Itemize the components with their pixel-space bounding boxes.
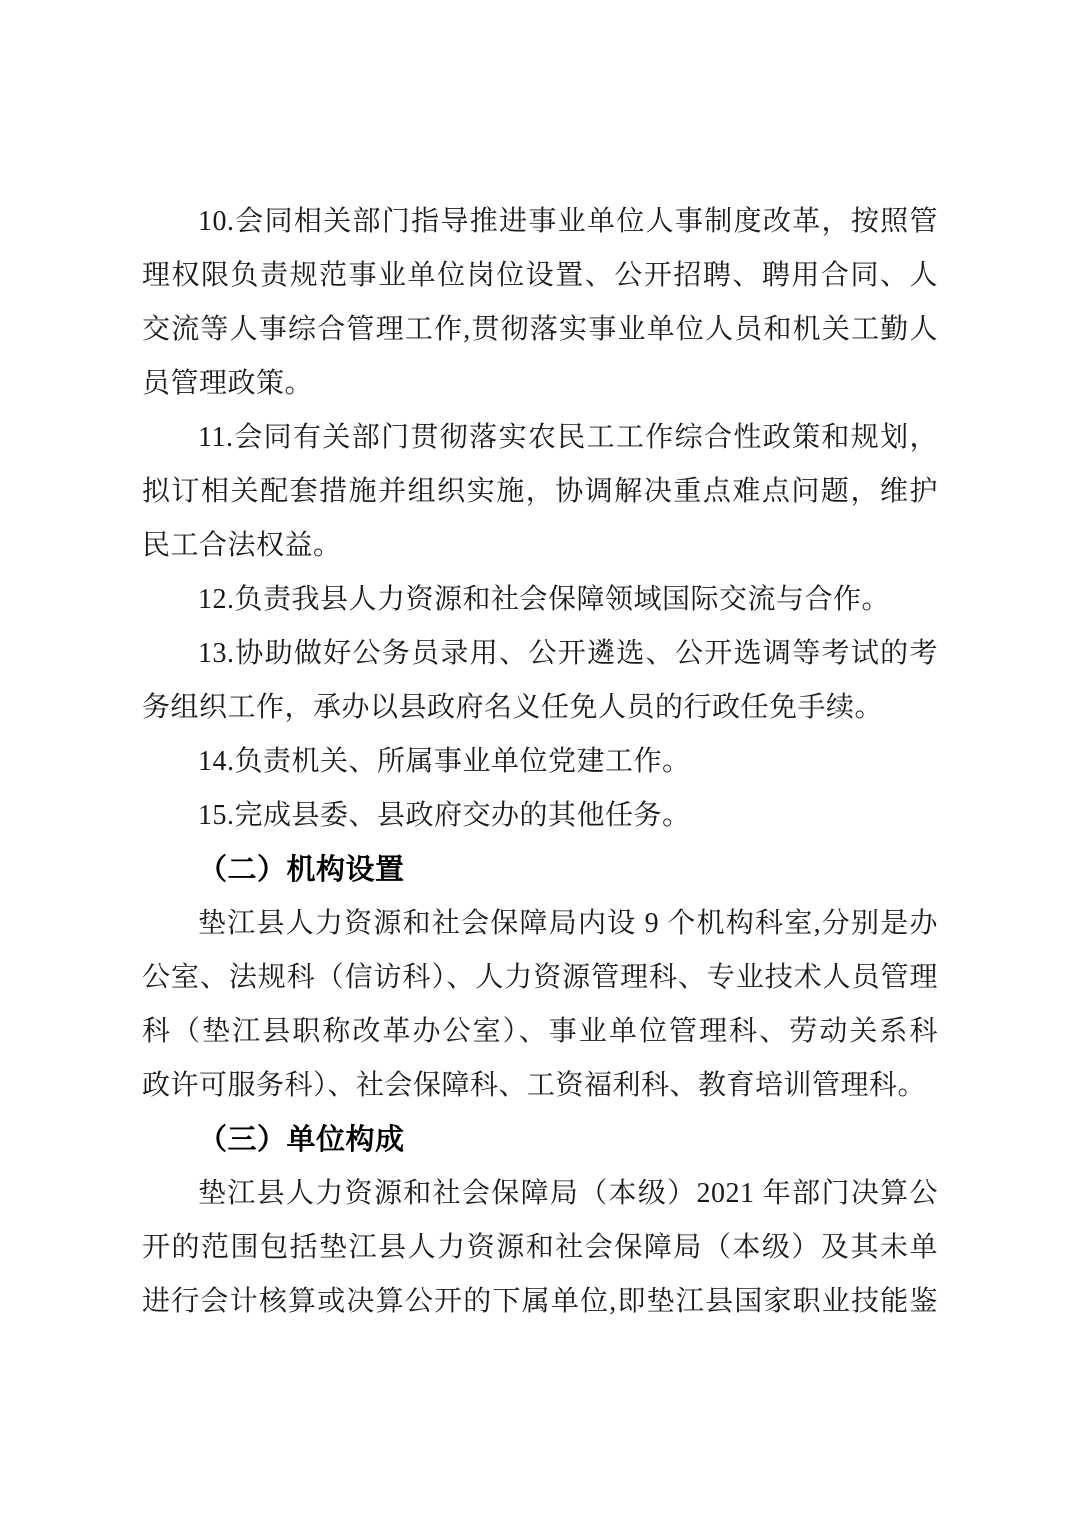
paragraph-duty-12: 12.负责我县人力资源和社会保障领域国际交流与合作。 — [142, 573, 938, 627]
text-line: 开的范围包括垫江县人力资源和社会保障局（本级）及其未单独 — [142, 1221, 938, 1275]
text-line: 进行会计核算或决算公开的下属单位,即垫江县国家职业技能鉴 — [142, 1275, 938, 1329]
text-line: 政许可服务科）、社会保障科、工资福利科、教育培训管理科。 — [142, 1059, 938, 1113]
paragraph-unit-composition: 垫江县人力资源和社会保障局（本级）2021 年部门决算公 开的范围包括垫江县人力… — [142, 1167, 938, 1329]
text-line: 垫江县人力资源和社会保障局内设 9 个机构科室,分别是办 — [142, 897, 938, 951]
text-line: 交流等人事综合管理工作,贯彻落实事业单位人员和机关工勤人 — [142, 303, 938, 357]
text-line: 13.协助做好公务员录用、公开遴选、公开选调等考试的考 — [142, 627, 938, 681]
paragraph-organization: 垫江县人力资源和社会保障局内设 9 个机构科室,分别是办 公室、法规科（信访科）… — [142, 897, 938, 1113]
paragraph-duty-13: 13.协助做好公务员录用、公开遴选、公开选调等考试的考 务组织工作，承办以县政府… — [142, 627, 938, 735]
text-line: 15.完成县委、县政府交办的其他任务。 — [142, 789, 938, 843]
document-body: 10.会同相关部门指导推进事业单位人事制度改革，按照管 理权限负责规范事业单位岗… — [142, 195, 938, 1329]
paragraph-duty-14: 14.负责机关、所属事业单位党建工作。 — [142, 735, 938, 789]
text-line: 务组织工作，承办以县政府名义任免人员的行政任免手续。 — [142, 681, 938, 735]
text-line: 12.负责我县人力资源和社会保障领域国际交流与合作。 — [142, 573, 938, 627]
text-line: 理权限负责规范事业单位岗位设置、公开招聘、聘用合同、人员 — [142, 249, 938, 303]
text-line: 民工合法权益。 — [142, 519, 938, 573]
text-line: 员管理政策。 — [142, 357, 938, 411]
text-line: 11.会同有关部门贯彻落实农民工工作综合性政策和规划， — [142, 411, 938, 465]
text-line: 垫江县人力资源和社会保障局（本级）2021 年部门决算公 — [142, 1167, 938, 1221]
document-page: 10.会同相关部门指导推进事业单位人事制度改革，按照管 理权限负责规范事业单位岗… — [0, 0, 1074, 1520]
text-line: 公室、法规科（信访科）、人力资源管理科、专业技术人员管理 — [142, 951, 938, 1005]
section-heading-organization: （二）机构设置 — [142, 843, 938, 897]
text-line: 14.负责机关、所属事业单位党建工作。 — [142, 735, 938, 789]
paragraph-duty-15: 15.完成县委、县政府交办的其他任务。 — [142, 789, 938, 843]
section-heading-unit-composition: （三）单位构成 — [142, 1113, 938, 1167]
paragraph-duty-11: 11.会同有关部门贯彻落实农民工工作综合性政策和规划， 拟订相关配套措施并组织实… — [142, 411, 938, 573]
text-line: 科（垫江县职称改革办公室）、事业单位管理科、劳动关系科（行 — [142, 1005, 938, 1059]
text-line: 10.会同相关部门指导推进事业单位人事制度改革，按照管 — [142, 195, 938, 249]
text-line: 拟订相关配套措施并组织实施，协调解决重点难点问题，维护农 — [142, 465, 938, 519]
paragraph-duty-10: 10.会同相关部门指导推进事业单位人事制度改革，按照管 理权限负责规范事业单位岗… — [142, 195, 938, 411]
